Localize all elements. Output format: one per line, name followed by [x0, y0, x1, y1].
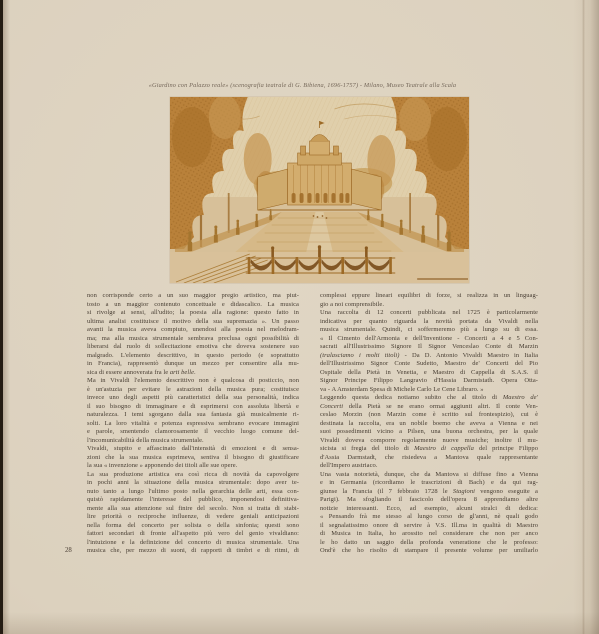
text-line: l'incomunicabilità della musica strument…: [87, 437, 299, 446]
text-line: Ospitale della Pietà in Venetia, e Maest…: [320, 369, 538, 378]
text-line: tosto a un maggior contenuto concettuale…: [87, 301, 299, 310]
text-line: « Pensando frà me stesso al lungo corso …: [320, 513, 538, 522]
text-line: Ma in Vivaldi l'elemento descrittivo non…: [87, 377, 299, 386]
text-line: mente alla sua attenzione sul finire del…: [87, 505, 299, 514]
text-line: nuto tanto a lungo l'ultimo posto nella …: [87, 488, 299, 497]
text-line: La sua produzione artistica era così ric…: [87, 471, 299, 480]
text-line: Leggendo questa dedica notiamo subito ch…: [320, 394, 538, 403]
text-line: il segnalatissimo onore di servire à V.S…: [320, 522, 538, 531]
text-line: malgrado. L'elemento descrittivo, in que…: [87, 352, 299, 361]
text-line: Vivaldi, stupito e affascinato dall'inte…: [87, 445, 299, 454]
text-line: fattori secondari di fronte all'aspetto …: [87, 530, 299, 539]
text-line: musica che, per mezzo di suoni, di rappo…: [87, 547, 299, 556]
text-line: giunse la Francia (il 7 febbraio 1728 le…: [320, 488, 538, 497]
text-line: Parigi). Ma sfogliando il fascicolo dell…: [320, 496, 538, 505]
text-line: indicativa per quanto riguarda la novità…: [320, 318, 538, 327]
text-line: Signor Principe Filippo Langravio d'Hass…: [320, 377, 538, 386]
text-line: zioni che la sua musica esprimeva, senti…: [87, 454, 299, 463]
page-number: 28: [65, 547, 72, 554]
text-line: nella forma del concerto per solista o d…: [87, 522, 299, 531]
text-line: invece uno degli aspetti più caratterist…: [87, 394, 299, 403]
text-line: le ho datto un saggio della profonda ven…: [320, 539, 538, 548]
figure-caption: «Giardino con Palazzo reale» (scenografi…: [3, 82, 599, 89]
text-line: Una vasta notorietà, dunque, che da Mant…: [320, 471, 538, 480]
text-line: liberarsi dal ruolo di sollecitazione em…: [87, 343, 299, 352]
text-line: d'Assia Darmstadt, che risiedeva a Manto…: [320, 454, 538, 463]
text-line: ma; ma alla musica strumentale sembrava …: [87, 335, 299, 344]
text-line: in Francia), rappresentò dunque un mezzo…: [87, 360, 299, 369]
page-fold-crease: [582, 0, 585, 634]
text-line: il suo bisogno di immaginare e di esprim…: [87, 403, 299, 412]
text-line: avanti la musica aveva compiuto, unendos…: [87, 326, 299, 335]
text-line: ceslao Morzin (non Marzin come è scritto…: [320, 411, 538, 420]
text-line: Una raccolta di 12 concerti pubblicata n…: [320, 309, 538, 318]
text-line: (tralasciamo i molti titoli) - Da D. Ant…: [320, 352, 538, 361]
text-line: « Il Cimento dell'Armonia e dell'Inventi…: [320, 335, 538, 344]
text-line: musica strumentale. Quindi, ci soffermer…: [320, 326, 538, 335]
text-line: sacrati all'Illustrissimo Signore Il Sig…: [320, 343, 538, 352]
text-line: quistò rapidamente l'interesse del pubbl…: [87, 496, 299, 505]
text-line: dell'Illustrissimo Signor Conte Sudetto,…: [320, 360, 538, 369]
book-page: «Giardino con Palazzo reale» (scenografi…: [3, 0, 599, 634]
text-line: complessi eppure lineari equilibri di fo…: [320, 292, 538, 301]
text-line: la sua « invenzione » apponendo dei tito…: [87, 462, 299, 471]
text-line: di Musica in Italia, ho arossito nel con…: [320, 530, 538, 539]
text-line: Concerti della Pietà se ne erano ormai a…: [320, 403, 538, 412]
text-line: sicista si fregia del titolo di Maestro …: [320, 445, 538, 454]
garden-palace-engraving: [170, 97, 469, 283]
text-line: in pochi anni la situazione della musica…: [87, 479, 299, 488]
text-line: suoi possedimenti vicino a Pilsen, una b…: [320, 428, 538, 437]
text-line: l'intuizione e la definizione del concer…: [87, 539, 299, 548]
text-line: solti. La loro vitalità e potenza espres…: [87, 420, 299, 429]
text-line: e parole, smentendo clamorosamente il ve…: [87, 428, 299, 437]
text-line: Ond'è che ho risolto di stampare il pres…: [320, 547, 538, 556]
text-line: e in Germania (ricordiamo le trascrizion…: [320, 479, 538, 488]
text-line: dell'Impero austriaco.: [320, 462, 538, 471]
text-column-right: complessi eppure lineari equilibri di fo…: [320, 292, 538, 556]
text-line: destinata la raccolta, era un nobile boe…: [320, 420, 538, 429]
text-line: ultima analisi costituisce il motivo del…: [87, 318, 299, 327]
text-column-left: non corrisponde certo a un suo maggior p…: [87, 292, 299, 556]
text-line: sica di essere annoverata fra le arti be…: [87, 369, 299, 378]
text-line: Vivaldi doveva comporre regolarmente nuo…: [320, 437, 538, 446]
text-line: va - A Amsterdam Spesa di Michele Carlo …: [320, 386, 538, 395]
text-line: gio a noi comprensibile.: [320, 301, 538, 310]
text-line: non corrisponde certo a un suo maggior p…: [87, 292, 299, 301]
text-line: è un'astuzia per evitare le astrazioni d…: [87, 386, 299, 395]
text-line: naturalezza. I temi sgorgano dalla sua f…: [87, 411, 299, 420]
text-line: notizie interessanti. Ecco, ad esempio, …: [320, 505, 538, 514]
text-line: lire priorità o reciproche influenze, di…: [87, 513, 299, 522]
engraving-artwork: [170, 97, 469, 283]
text-line: si rivolge ai sensi, all'udito; la poesi…: [87, 309, 299, 318]
